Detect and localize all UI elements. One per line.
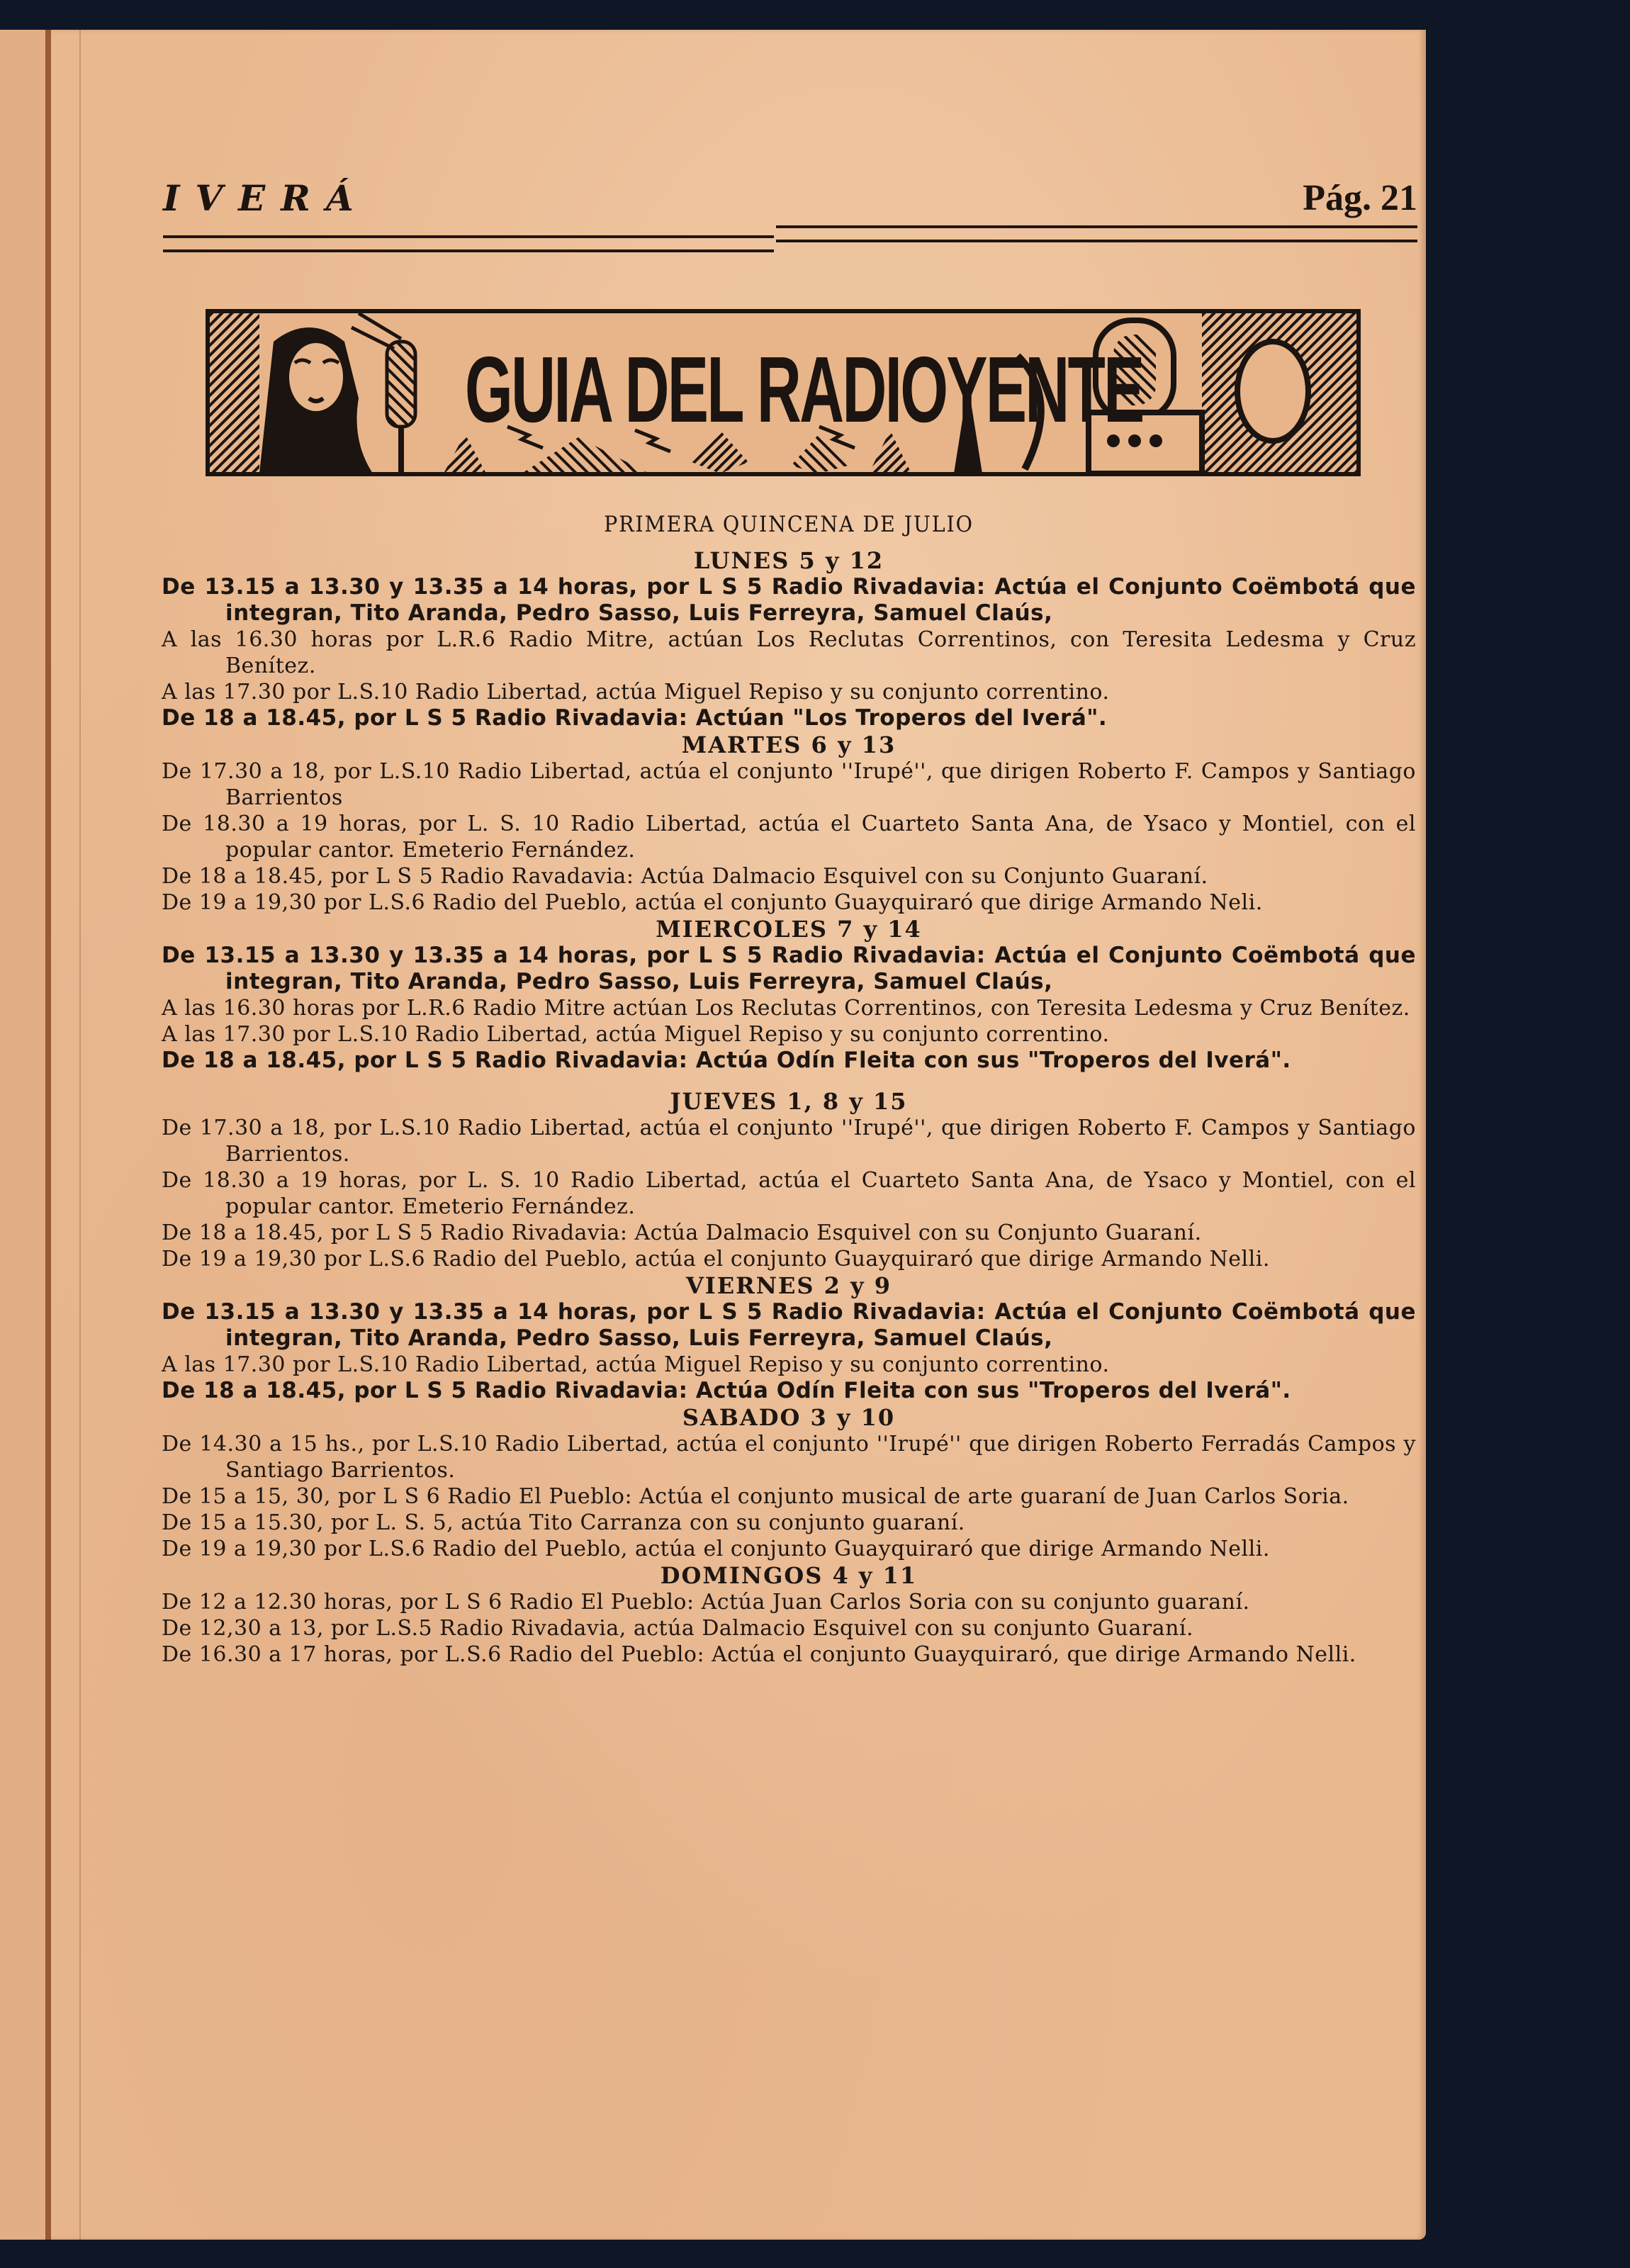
schedule-entry: De 14.30 a 15 hs., por L.S.10 Radio Libe… xyxy=(162,1431,1416,1483)
schedule-entry: A las 17.30 por L.S.10 Radio Libertad, a… xyxy=(162,1021,1416,1048)
banner-title: GUIA DEL RADIOYENTE xyxy=(465,343,1143,437)
magazine-name: IVERÁ xyxy=(163,177,369,219)
day-heading-miercoles: MIERCOLES 7 y 14 xyxy=(162,916,1416,943)
schedule-entry: De 19 a 19,30 por L.S.6 Radio del Pueblo… xyxy=(162,1536,1416,1562)
schedule-entry: De 18 a 18.45, por L S 5 Radio Rivadavia… xyxy=(162,1378,1416,1404)
schedule-entry: De 18 a 18.45, por L S 5 Radio Rivadavia… xyxy=(162,1048,1416,1074)
schedule-entry: De 18 a 18.45, por L S 5 Radio Rivadavia… xyxy=(162,1220,1416,1246)
schedule-entry: De 15 a 15, 30, por L S 6 Radio El Puebl… xyxy=(162,1483,1416,1510)
schedule-entry: De 12,30 a 13, por L.S.5 Radio Rivadavia… xyxy=(162,1615,1416,1641)
spacer xyxy=(162,1074,1416,1088)
day-heading-jueves: JUEVES 1, 8 y 15 xyxy=(162,1088,1416,1115)
day-heading-sabado: SABADO 3 y 10 xyxy=(162,1404,1416,1431)
schedule-entry: De 17.30 a 18, por L.S.10 Radio Libertad… xyxy=(162,1115,1416,1167)
schedule-entry: De 13.15 a 13.30 y 13.35 a 14 horas, por… xyxy=(162,574,1416,627)
header-double-rule-right xyxy=(776,225,1417,242)
schedule-entry: De 19 a 19,30 por L.S.6 Radio del Pueblo… xyxy=(162,889,1416,916)
paper-fold-line xyxy=(79,30,81,2240)
binding-edge xyxy=(45,30,51,2240)
schedule-entry: De 18.30 a 19 horas, por L. S. 10 Radio … xyxy=(162,1167,1416,1220)
schedule-entry: A las 17.30 por L.S.10 Radio Libertad, a… xyxy=(162,679,1416,705)
header-double-rule-left xyxy=(163,235,774,252)
schedule-entry: De 19 a 19,30 por L.S.6 Radio del Pueblo… xyxy=(162,1246,1416,1272)
day-heading-viernes: VIERNES 2 y 9 xyxy=(162,1272,1416,1299)
schedule-entry: De 13.15 a 13.30 y 13.35 a 14 horas, por… xyxy=(162,1299,1416,1352)
day-heading-lunes: LUNES 5 y 12 xyxy=(162,547,1416,574)
schedule-entry: De 18 a 18.45, por L S 5 Radio Rivadavia… xyxy=(162,705,1416,731)
adjacent-page-edge xyxy=(0,30,45,2240)
schedule-entry: De 13.15 a 13.30 y 13.35 a 14 horas, por… xyxy=(162,943,1416,995)
page-number: Pág. 21 xyxy=(1303,177,1417,219)
schedule-entry: A las 17.30 por L.S.10 Radio Libertad, a… xyxy=(162,1352,1416,1378)
schedule-entry: De 18.30 a 19 horas, por L. S. 10 Radio … xyxy=(162,811,1416,863)
schedule-entry: De 18 a 18.45, por L S 5 Radio Ravadavia… xyxy=(162,863,1416,889)
schedule-entry: De 12 a 12.30 horas, por L S 6 Radio El … xyxy=(162,1589,1416,1615)
day-heading-martes: MARTES 6 y 13 xyxy=(162,731,1416,758)
day-heading-domingos: DOMINGOS 4 y 11 xyxy=(162,1562,1416,1589)
schedule-entry: A las 16.30 horas por L.R.6 Radio Mitre,… xyxy=(162,627,1416,679)
schedule-entry: De 16.30 a 17 horas, por L.S.6 Radio del… xyxy=(162,1641,1416,1668)
schedule-entry: De 15 a 15.30, por L. S. 5, actúa Tito C… xyxy=(162,1510,1416,1536)
schedule-entry: A las 16.30 horas por L.R.6 Radio Mitre … xyxy=(162,995,1416,1021)
schedule-subtitle: PRIMERA QUINCENA DE JULIO xyxy=(212,510,1366,539)
running-header: IVERÁ Pág. 21 xyxy=(163,157,1417,235)
schedule-entry: De 17.30 a 18, por L.S.10 Radio Libertad… xyxy=(162,758,1416,811)
radio-schedule: PRIMERA QUINCENA DE JULIO LUNES 5 y 12 D… xyxy=(162,510,1416,1668)
guide-banner-illustration: GUIA DEL RADIOYENTE xyxy=(206,309,1361,476)
